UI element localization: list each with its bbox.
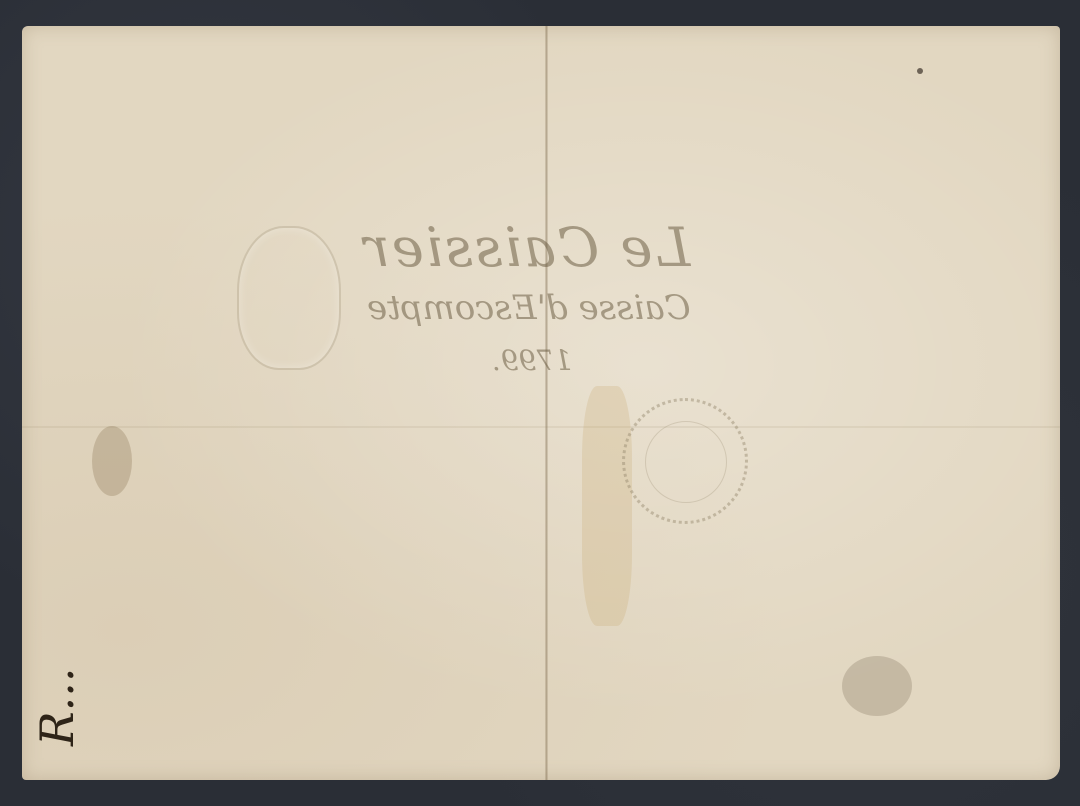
- seal-eagle-icon: [645, 421, 727, 503]
- stain: [917, 68, 923, 74]
- handwritten-mark: R...: [30, 667, 84, 746]
- show-through-text-line3: 1799.: [492, 344, 572, 377]
- show-through-text-line1: Le Caissier: [362, 216, 690, 279]
- stain: [92, 426, 132, 496]
- dry-seal: [622, 398, 748, 524]
- vertical-fold-line: [545, 26, 548, 780]
- document-paper: Le Caissier Caisse d'Escompte 1799. R...: [22, 26, 1060, 780]
- show-through-text-line2: Caisse d'Escompte: [367, 288, 691, 328]
- portrait-watermark: [237, 226, 341, 370]
- horizontal-crease: [22, 426, 1060, 428]
- stain: [842, 656, 912, 716]
- stain: [582, 386, 632, 626]
